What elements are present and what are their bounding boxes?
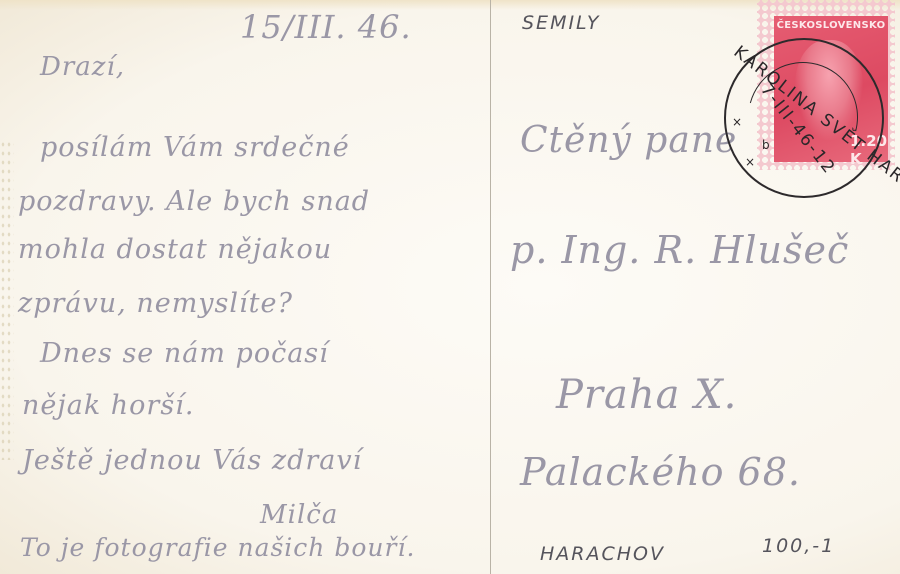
annotation-semily: SEMILY — [522, 12, 600, 34]
message-line-6: nějak horší. — [22, 390, 194, 421]
message-line-1: posílám Vám srdečné — [40, 132, 350, 163]
message-line-4: zprávu, nemyslíte? — [18, 288, 293, 319]
annotation-harachov: HARACHOV — [540, 543, 665, 565]
message-footer: To je fotografie našich bouří. — [20, 533, 415, 562]
address-street: Palackého 68. — [520, 450, 801, 494]
message-greeting: Drazí, — [40, 52, 125, 82]
paper-foxing — [0, 140, 14, 460]
annotation-number: 100,-1 — [762, 535, 835, 557]
stamp-country: ČESKOSLOVENSKO — [774, 20, 888, 31]
address-name: p. Ing. R. Hlušeč — [510, 228, 849, 272]
message-line-2: pozdravy. Ale bych snad — [18, 186, 370, 217]
message-date: 15/III. 46. — [240, 8, 412, 46]
center-divider-line — [490, 0, 491, 574]
postcard-back: 15/III. 46. Drazí, posílám Vám srdečné p… — [0, 0, 900, 574]
message-signature: Milča — [260, 500, 338, 530]
message-line-5: Dnes se nám počasí — [40, 338, 329, 369]
message-line-7: Ještě jednou Vás zdraví — [22, 445, 362, 476]
address-salutation: Ctěný pane — [520, 120, 737, 161]
postmark-mark-3: b — [762, 138, 770, 152]
address-city: Praha X. — [556, 372, 737, 418]
message-line-3: mohla dostat nějakou — [18, 234, 332, 265]
postmark-mark-1: × — [732, 115, 742, 129]
postmark-mark-2: × — [745, 155, 755, 169]
